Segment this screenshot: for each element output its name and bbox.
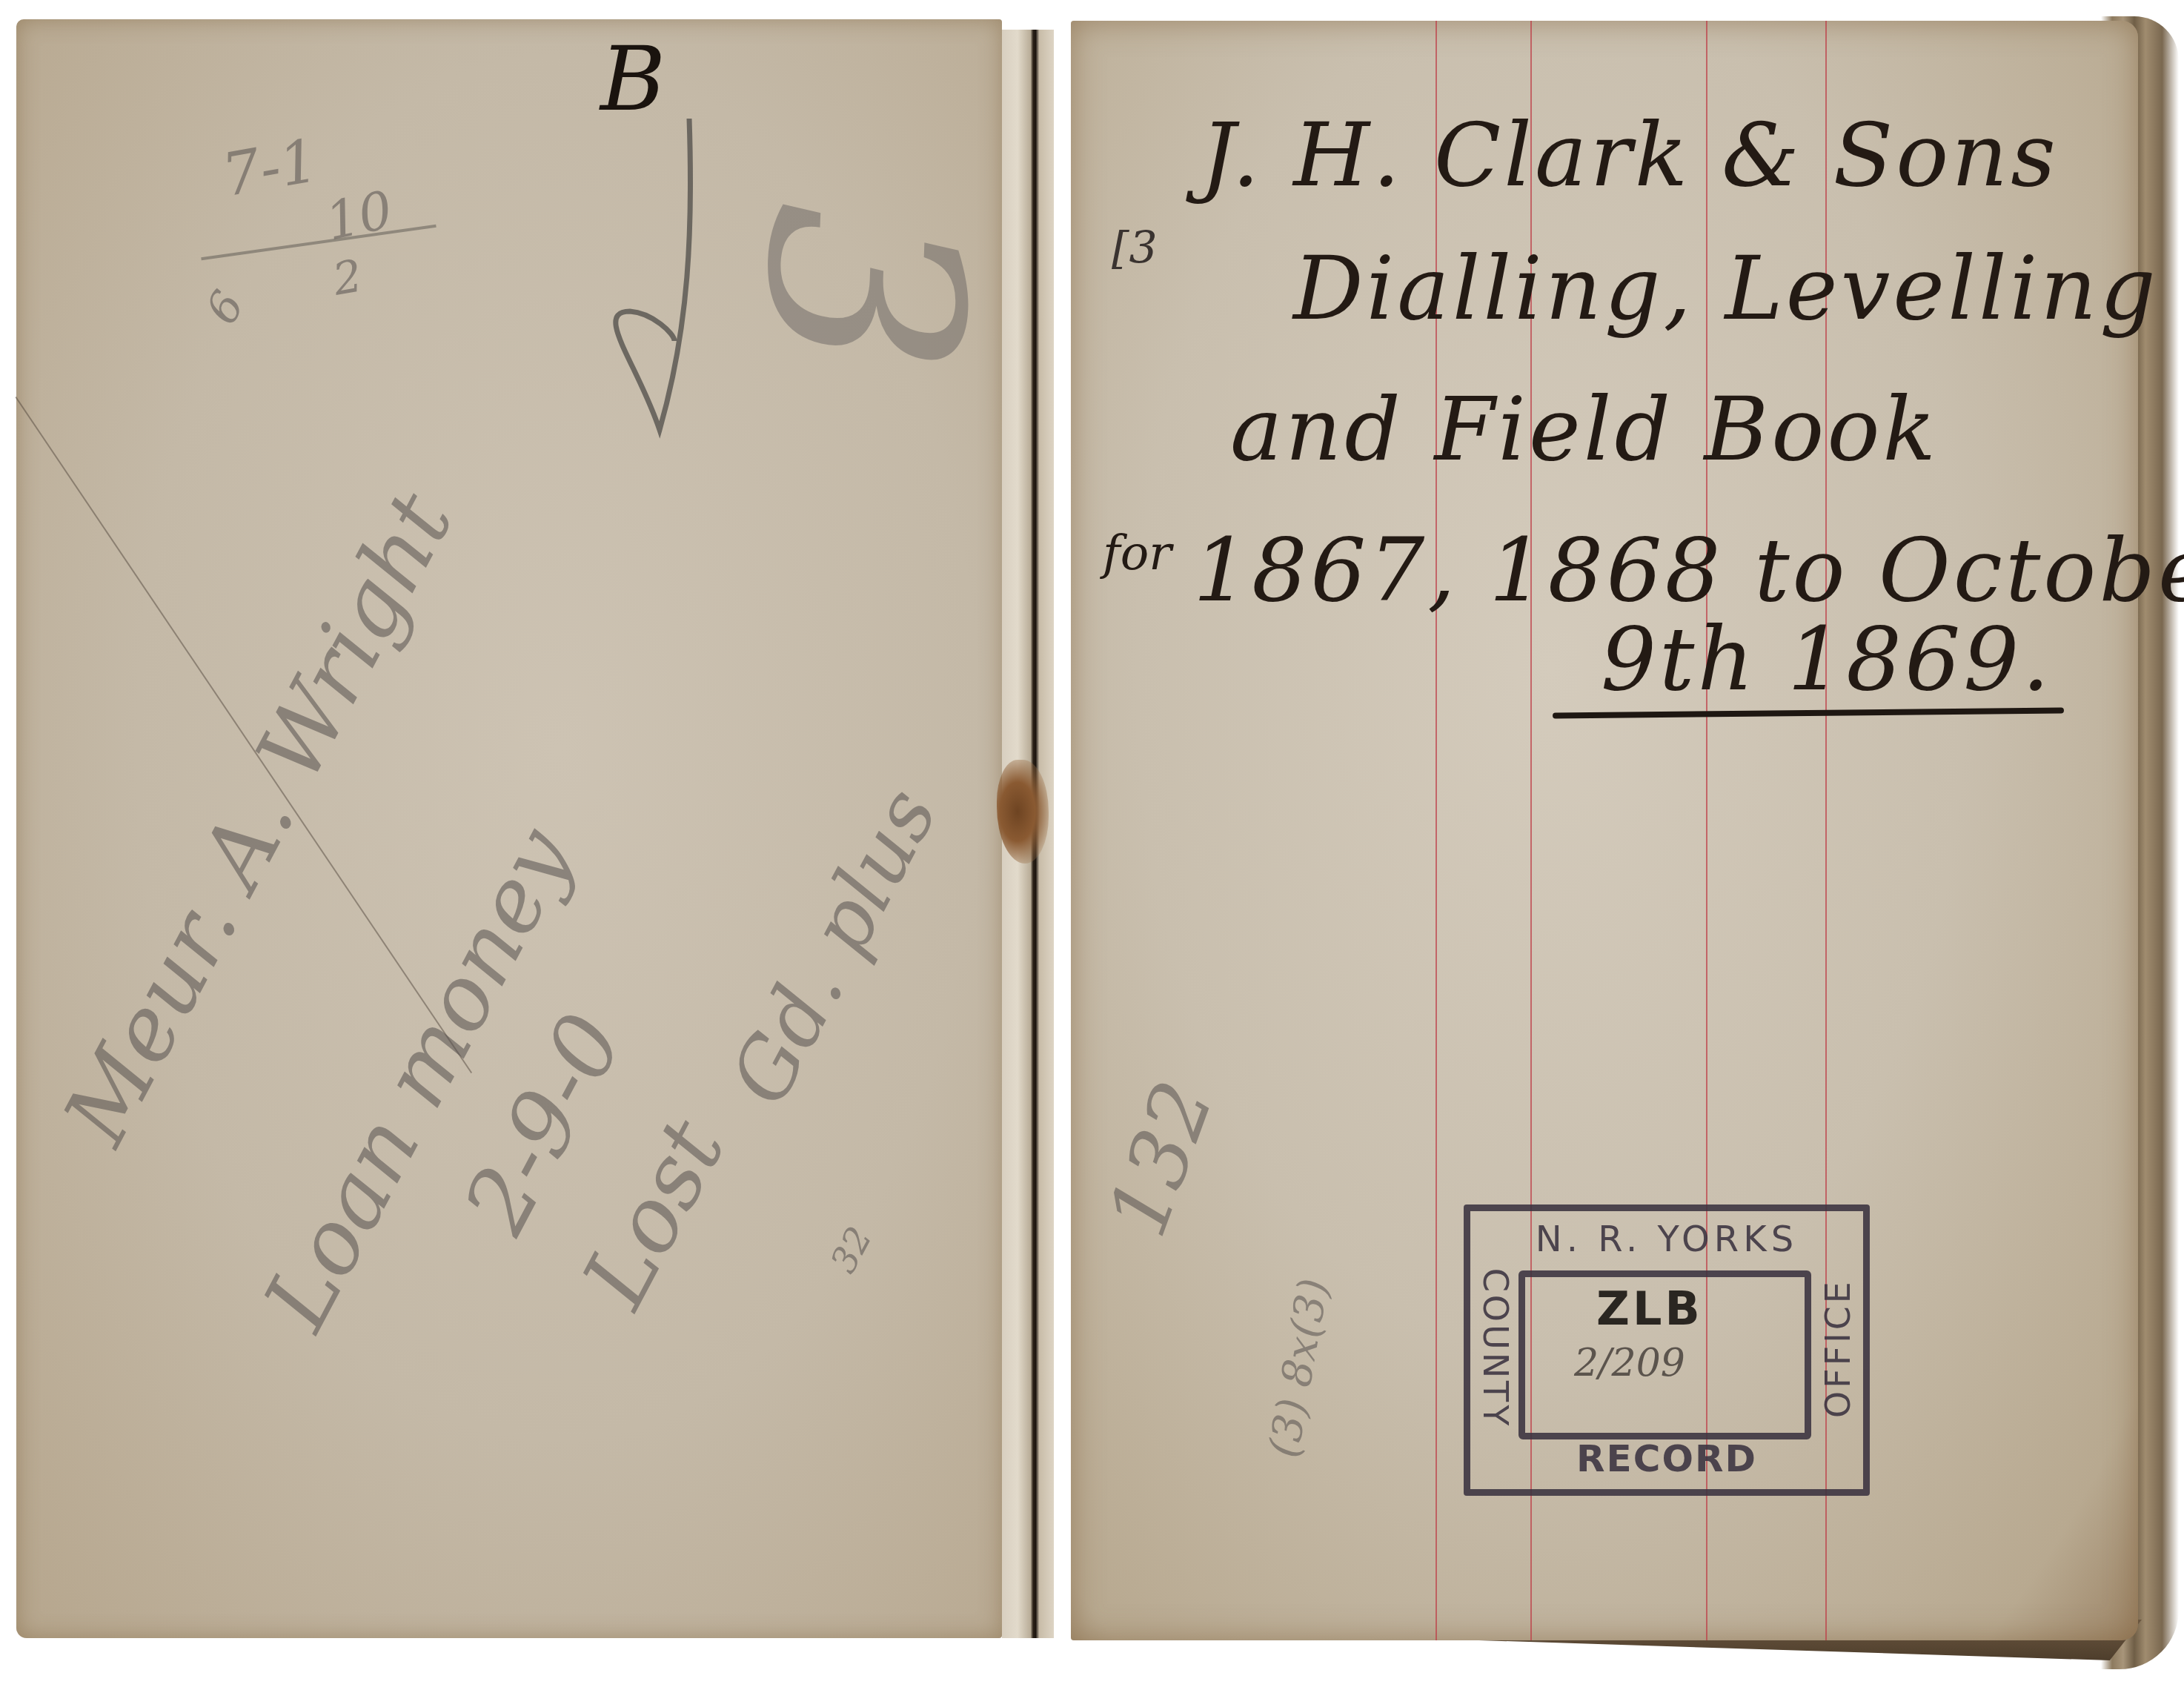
open-notebook: B 7-1 10 2 6 3 Meur. A. Wright Loan mone… (0, 0, 2184, 1690)
title-line-1: J. H. Clark & Sons (1201, 104, 2059, 206)
stamp-reference-code: ZLB (1596, 1282, 1703, 1336)
record-office-stamp: N. R. YORKS COUNTY OFFICE RECORD ZLB 2/2… (1464, 1204, 1870, 1496)
pencil-hook-stroke (563, 119, 726, 504)
stamp-reference-number: 2/209 (1574, 1341, 1685, 1385)
stamp-top-text: N. R. YORKS (1470, 1219, 1863, 1260)
stamp-right-text: OFFICE (1818, 1279, 1858, 1418)
stamp-bottom-text: RECORD (1470, 1437, 1863, 1480)
corner-letter-b: B (600, 28, 666, 131)
title-line-5: 9th 1869. (1601, 608, 2053, 710)
title-line-4: 1867, 1868 to October (1193, 519, 2184, 621)
margin-word-for: for (1103, 526, 1172, 581)
margin-bracket: [3 (1112, 222, 1158, 274)
title-line-3: and Field Book (1230, 378, 1939, 480)
stamp-left-text: COUNTY (1476, 1268, 1516, 1429)
pencil-large-numeral: 3 (705, 199, 1021, 380)
title-line-2: Dialling, Levelling (1293, 237, 2159, 339)
